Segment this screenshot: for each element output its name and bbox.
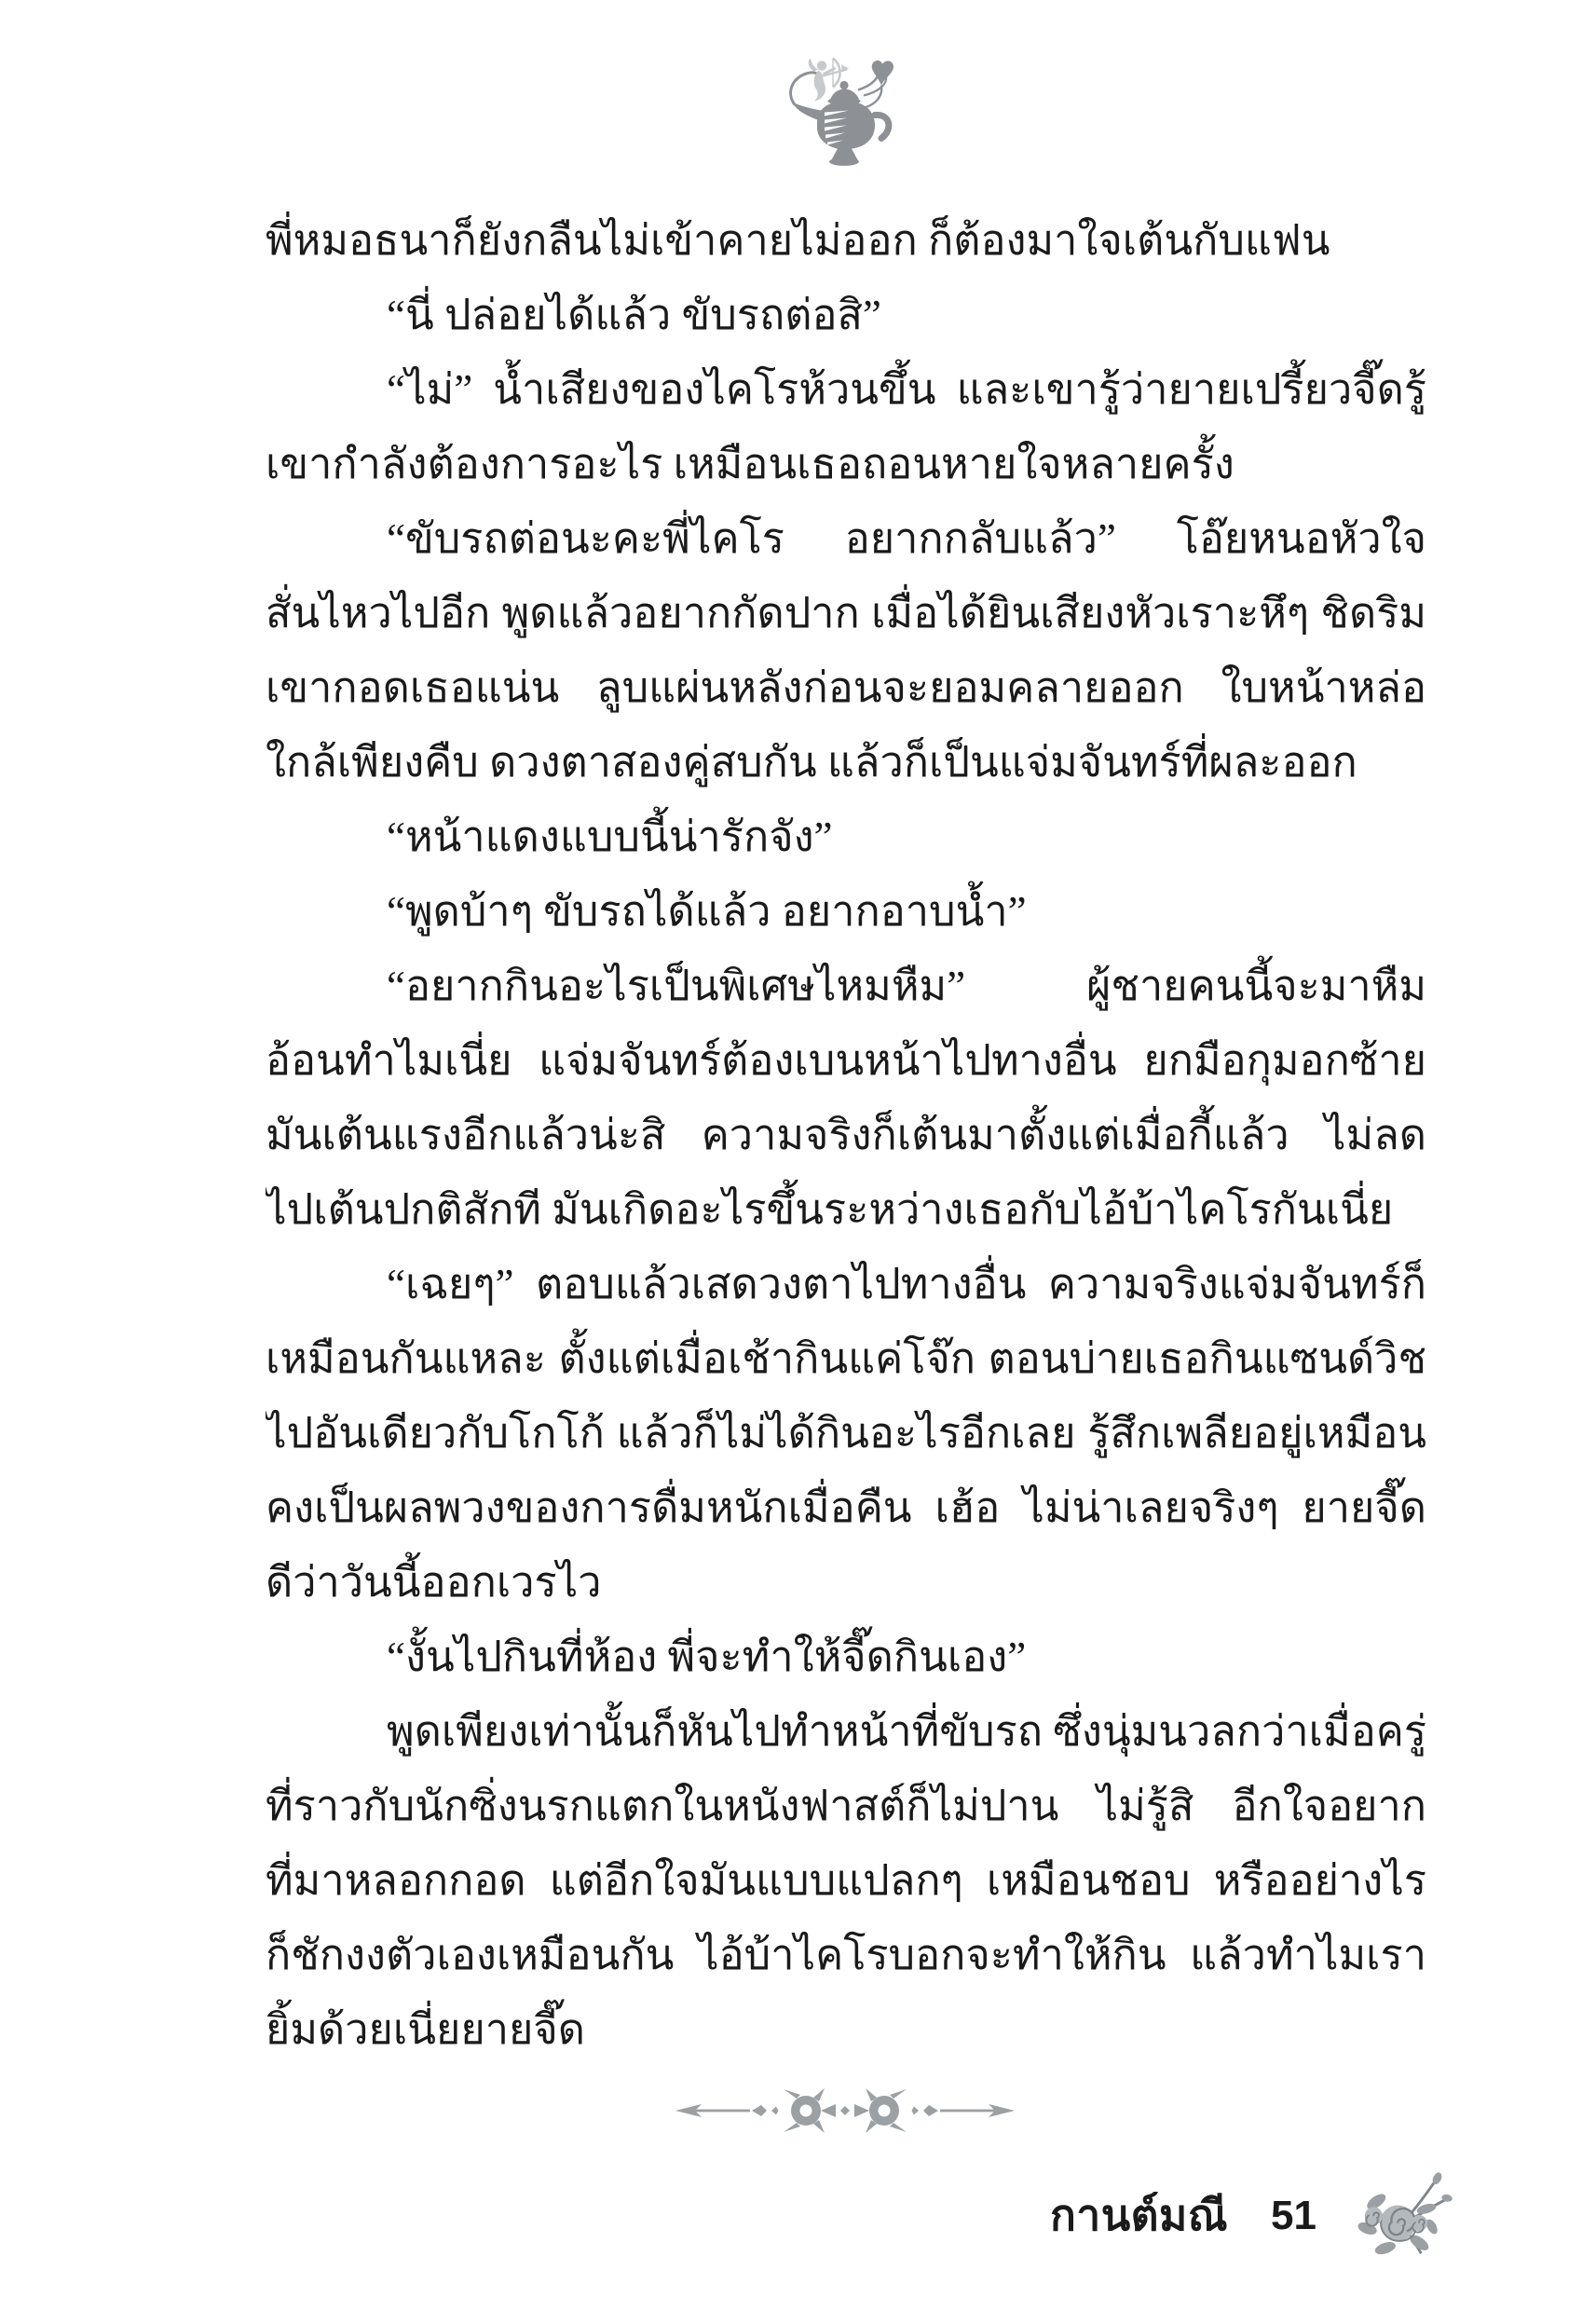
- body-line: เขากอดเธอแน่น ลูบแผ่นหลังก่อนจะยอมคลายออ…: [266, 650, 1426, 725]
- cupid-lamp-icon: [784, 56, 895, 173]
- body-line: ไปเต้นปกติสักที มันเกิดอะไรขึ้นระหว่างเธ…: [266, 1172, 1426, 1247]
- body-line: “พูดบ้าๆ ขับรถได้แล้ว อยากอาบน้ำ”: [266, 874, 1426, 949]
- body-line: เหมือนกันแหละ ตั้งแต่เมื่อเช้ากินแค่โจ๊ก…: [266, 1321, 1426, 1396]
- body-line: คงเป็นผลพวงของการดื่มหนักเมื่อคืน เฮ้อ ไ…: [266, 1470, 1426, 1545]
- footer-page-number: 51: [1271, 2195, 1316, 2236]
- footer-book-title: กานต์มณี: [1050, 2195, 1228, 2237]
- body-line: พูดเพียงเท่านั้นก็หันไปทำหน้าที่ขับรถ ซึ…: [266, 1694, 1426, 1769]
- body-line: มันเต้นแรงอีกแล้วน่ะสิ ความจริงก็เต้นมาต…: [266, 1098, 1426, 1172]
- body-line: ก็ชักงงตัวเองเหมือนกัน ไอ้บ้าไคโรบอกจะทำ…: [266, 1918, 1426, 1992]
- body-line: “เฉยๆ” ตอบแล้วเสดวงตาไปทางอื่น ความจริงแ…: [266, 1247, 1426, 1321]
- body-line: ที่ราวกับนักซิ่งนรกแตกในหนังฟาสต์ก็ไม่ปา…: [266, 1769, 1426, 1843]
- book-page: พี่หมอธนาก็ยังกลืนไม่เข้าคายไม่ออก ก็ต้อ…: [0, 0, 1596, 2311]
- body-line: ที่มาหลอกกอด แต่อีกใจมันแบบแปลกๆ เหมือนช…: [266, 1843, 1426, 1918]
- body-line: พี่หมอธนาก็ยังกลืนไม่เข้าคายไม่ออก ก็ต้อ…: [266, 203, 1426, 278]
- body-line: “ขับรถต่อนะคะพี่ไคโร อยากกลับแล้ว” โอ๊ยห…: [266, 501, 1426, 576]
- flourish-divider-icon: [675, 2085, 1015, 2136]
- body-line: “ไม่” น้ำเสียงของไคโรห้วนขึ้น และเขารู้ว…: [266, 352, 1426, 427]
- body-line: เขากำลังต้องการอะไร เหมือนเธอถอนหายใจหลา…: [266, 427, 1426, 501]
- body-line: “นี่ ปล่อยได้แล้ว ขับรถต่อสิ”: [266, 278, 1426, 352]
- footer: กานต์มณี 51: [1050, 2171, 1454, 2261]
- body-line: ไปอันเดียวกับโกโก้ แล้วก็ไม่ได้กินอะไรอี…: [266, 1396, 1426, 1470]
- body-line: สั่นไหวไปอีก พูดแล้วอยากกัดปาก เมื่อได้ย…: [266, 576, 1426, 650]
- rose-icon: [1354, 2171, 1454, 2261]
- body-line: “อยากกินอะไรเป็นพิเศษไหมหืม” ผู้ชายคนนี้…: [266, 949, 1426, 1023]
- body-text: พี่หมอธนาก็ยังกลืนไม่เข้าคายไม่ออก ก็ต้อ…: [266, 203, 1426, 2067]
- body-line: ใกล้เพียงคืบ ดวงตาสองคู่สบกัน แล้วก็เป็น…: [266, 725, 1426, 800]
- body-line: อ้อนทำไมเนี่ย แจ่มจันทร์ต้องเบนหน้าไปทาง…: [266, 1023, 1426, 1098]
- body-line: ดีว่าวันนี้ออกเวรไว: [266, 1545, 1426, 1620]
- body-line: “หน้าแดงแบบนี้น่ารักจัง”: [266, 800, 1426, 874]
- body-line: ยิ้มด้วยเนี่ยยายจี๊ด: [266, 1992, 1426, 2067]
- body-line: “งั้นไปกินที่ห้อง พี่จะทำให้จี๊ดกินเอง”: [266, 1620, 1426, 1694]
